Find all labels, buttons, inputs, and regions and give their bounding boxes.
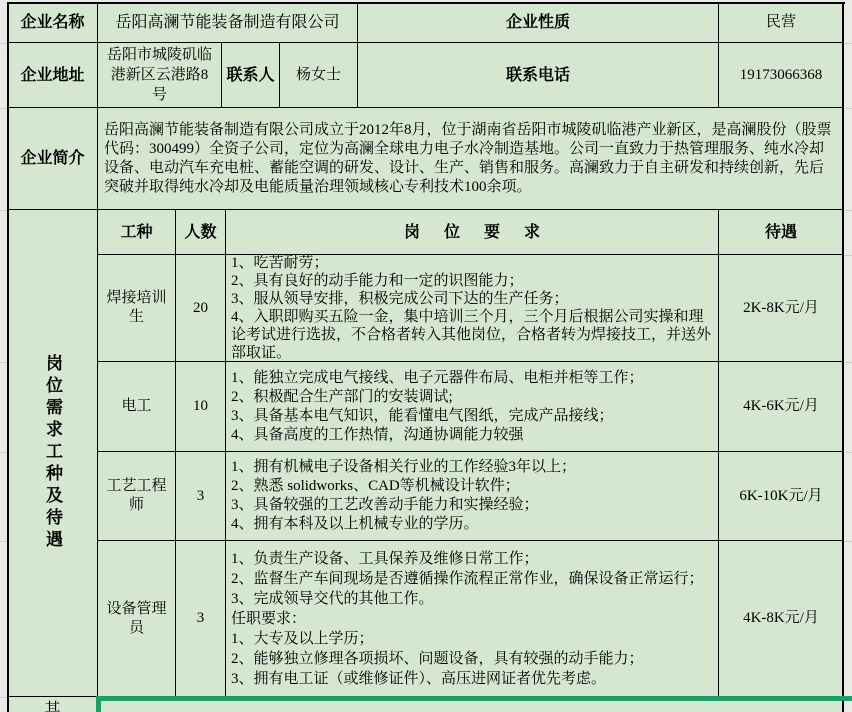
gridline-tick <box>0 108 7 109</box>
cell-phone-label[interactable]: 联系电话 <box>358 43 719 108</box>
gridline-tick <box>845 255 852 256</box>
requirement-line: 1、吃苦耐劳； <box>231 255 714 272</box>
gridline-tick <box>845 43 852 44</box>
requirement-line: 4、入职即购买五险一金，集中培训三个月，三个月后根据公司实操和理论考试进行选拔，… <box>231 308 714 362</box>
requirement-line: 2、具有良好的动手能力和一定的识图能力； <box>231 272 714 290</box>
gridline-tick <box>0 541 7 542</box>
cell-company-name[interactable]: 岳阳高澜节能装备制造有限公司 <box>98 3 358 43</box>
cell-company-nature-label[interactable]: 企业性质 <box>358 3 719 43</box>
requirement-line: 2、熟悉 solidworks、CAD等机械设计软件； <box>231 477 714 496</box>
gridline-tick <box>845 210 852 211</box>
cell-job-type[interactable]: 焊接培训生 <box>98 255 176 362</box>
gridline-tick <box>0 43 7 44</box>
requirement-line: 3、服从领导安排，积极完成公司下达的生产任务； <box>231 290 714 308</box>
cell-contact-label[interactable]: 联系人 <box>222 43 280 108</box>
gridline-tick <box>0 452 7 453</box>
requirement-line: 1、负责生产设备、工具保养及维修日常工作； <box>231 549 714 569</box>
cell-job-salary[interactable]: 4K-8K元/月 <box>719 541 843 697</box>
cell-phone-number[interactable]: 19173066368 <box>719 43 843 108</box>
requirement-line: 4、拥有本科及以上机械专业的学历。 <box>231 515 714 534</box>
table-border-right <box>842 2 844 712</box>
cell-job-requirements[interactable]: 1、拥有机械电子设备相关行业的工作经验3年以上； 2、熟悉 solidworks… <box>226 452 719 541</box>
requirement-line: 2、监督生产车间现场是否遵循操作流程正常作业，确保设备正常运行； <box>231 569 714 589</box>
header-job-type[interactable]: 工种 <box>98 210 176 255</box>
gridline-tick <box>845 362 852 363</box>
cell-job-count[interactable]: 10 <box>176 362 226 452</box>
cell-job-requirements[interactable]: 1、能独立完成电气接线、电子元器件布局、电柜并柜等工作； 2、积极配合生产部门的… <box>226 362 719 452</box>
gridline-tick <box>0 697 7 698</box>
cell-job-type[interactable]: 电工 <box>98 362 176 452</box>
requirement-line: 1、拥有机械电子设备相关行业的工作经验3年以上； <box>231 458 714 477</box>
cell-contact-name[interactable]: 杨女士 <box>280 43 358 108</box>
requirement-line: 3、具备基本电气知识，能看懂电气图纸，完成产品接线； <box>231 407 714 426</box>
cell-company-name-label[interactable]: 企业名称 <box>8 3 98 43</box>
requirement-line: 2、能够独立修理各项损坏、问题设备，具有较强的动手能力； <box>231 649 714 669</box>
gridline-tick <box>0 210 7 211</box>
gridline-tick <box>0 362 7 363</box>
table-border-left <box>7 2 9 712</box>
header-job-count[interactable]: 人数 <box>176 210 226 255</box>
cell-job-requirements[interactable]: 1、负责生产设备、工具保养及维修日常工作； 2、监督生产车间现场是否遵循操作流程… <box>226 541 719 697</box>
cell-job-salary[interactable]: 4K-6K元/月 <box>719 362 843 452</box>
cell-next-row-label-partial[interactable]: 其 <box>8 697 98 712</box>
requirement-line: 任职要求： <box>231 609 714 629</box>
requirement-line: 3、拥有电工证（或维修证件）、高压进网证者优先考虑。 <box>231 669 714 689</box>
requirement-line: 1、能独立完成电气接线、电子元器件布局、电柜并柜等工作； <box>231 369 714 388</box>
cell-intro-label[interactable]: 企业简介 <box>8 108 98 210</box>
cell-job-count[interactable]: 3 <box>176 452 226 541</box>
cell-jobs-side-label[interactable]: 岗位需求工种及待遇 <box>8 210 98 697</box>
cell-job-salary[interactable]: 2K-8K元/月 <box>719 255 843 362</box>
requirement-line: 4、具备高度的工作热情，沟通协调能力较强 <box>231 426 714 445</box>
spreadsheet-page: { "company": { "name_label": "企业名称", "na… <box>0 0 852 712</box>
cell-job-type[interactable]: 设备管理员 <box>98 541 176 697</box>
header-job-requirements[interactable]: 岗位要求 <box>226 210 719 255</box>
table-border-top <box>7 2 845 4</box>
cell-job-requirements[interactable]: 1、吃苦耐劳； 2、具有良好的动手能力和一定的识图能力； 3、服从领导安排，积极… <box>226 255 719 362</box>
selection-border-left <box>96 696 101 712</box>
requirement-line: 2、积极配合生产部门的安装调试; <box>231 388 714 407</box>
gridline-tick <box>845 108 852 109</box>
header-job-salary[interactable]: 待遇 <box>719 210 843 255</box>
gridline-tick <box>845 541 852 542</box>
cell-job-salary[interactable]: 6K-10K元/月 <box>719 452 843 541</box>
cell-company-nature[interactable]: 民营 <box>719 3 843 43</box>
cell-job-type[interactable]: 工艺工程师 <box>98 452 176 541</box>
cell-address[interactable]: 岳阳市城陵矶临港新区云港路8号 <box>98 43 222 108</box>
cell-address-label[interactable]: 企业地址 <box>8 43 98 108</box>
requirement-line: 3、具备较强的工艺改善动手能力和实操经验； <box>231 496 714 515</box>
selection-border-top <box>97 696 852 701</box>
requirement-line: 3、完成领导交代的其他工作。 <box>231 589 714 609</box>
jobs-side-label-text: 岗位需求工种及待遇 <box>43 354 62 552</box>
cell-job-count[interactable]: 20 <box>176 255 226 362</box>
cell-intro-text[interactable]: 岳阳高澜节能装备制造有限公司成立于2012年8月，位于湖南省岳阳市城陵矶临港产业… <box>98 108 843 210</box>
requirement-line: 1、大专及以上学历； <box>231 629 714 649</box>
cell-job-count[interactable]: 3 <box>176 541 226 697</box>
gridline-tick <box>845 452 852 453</box>
